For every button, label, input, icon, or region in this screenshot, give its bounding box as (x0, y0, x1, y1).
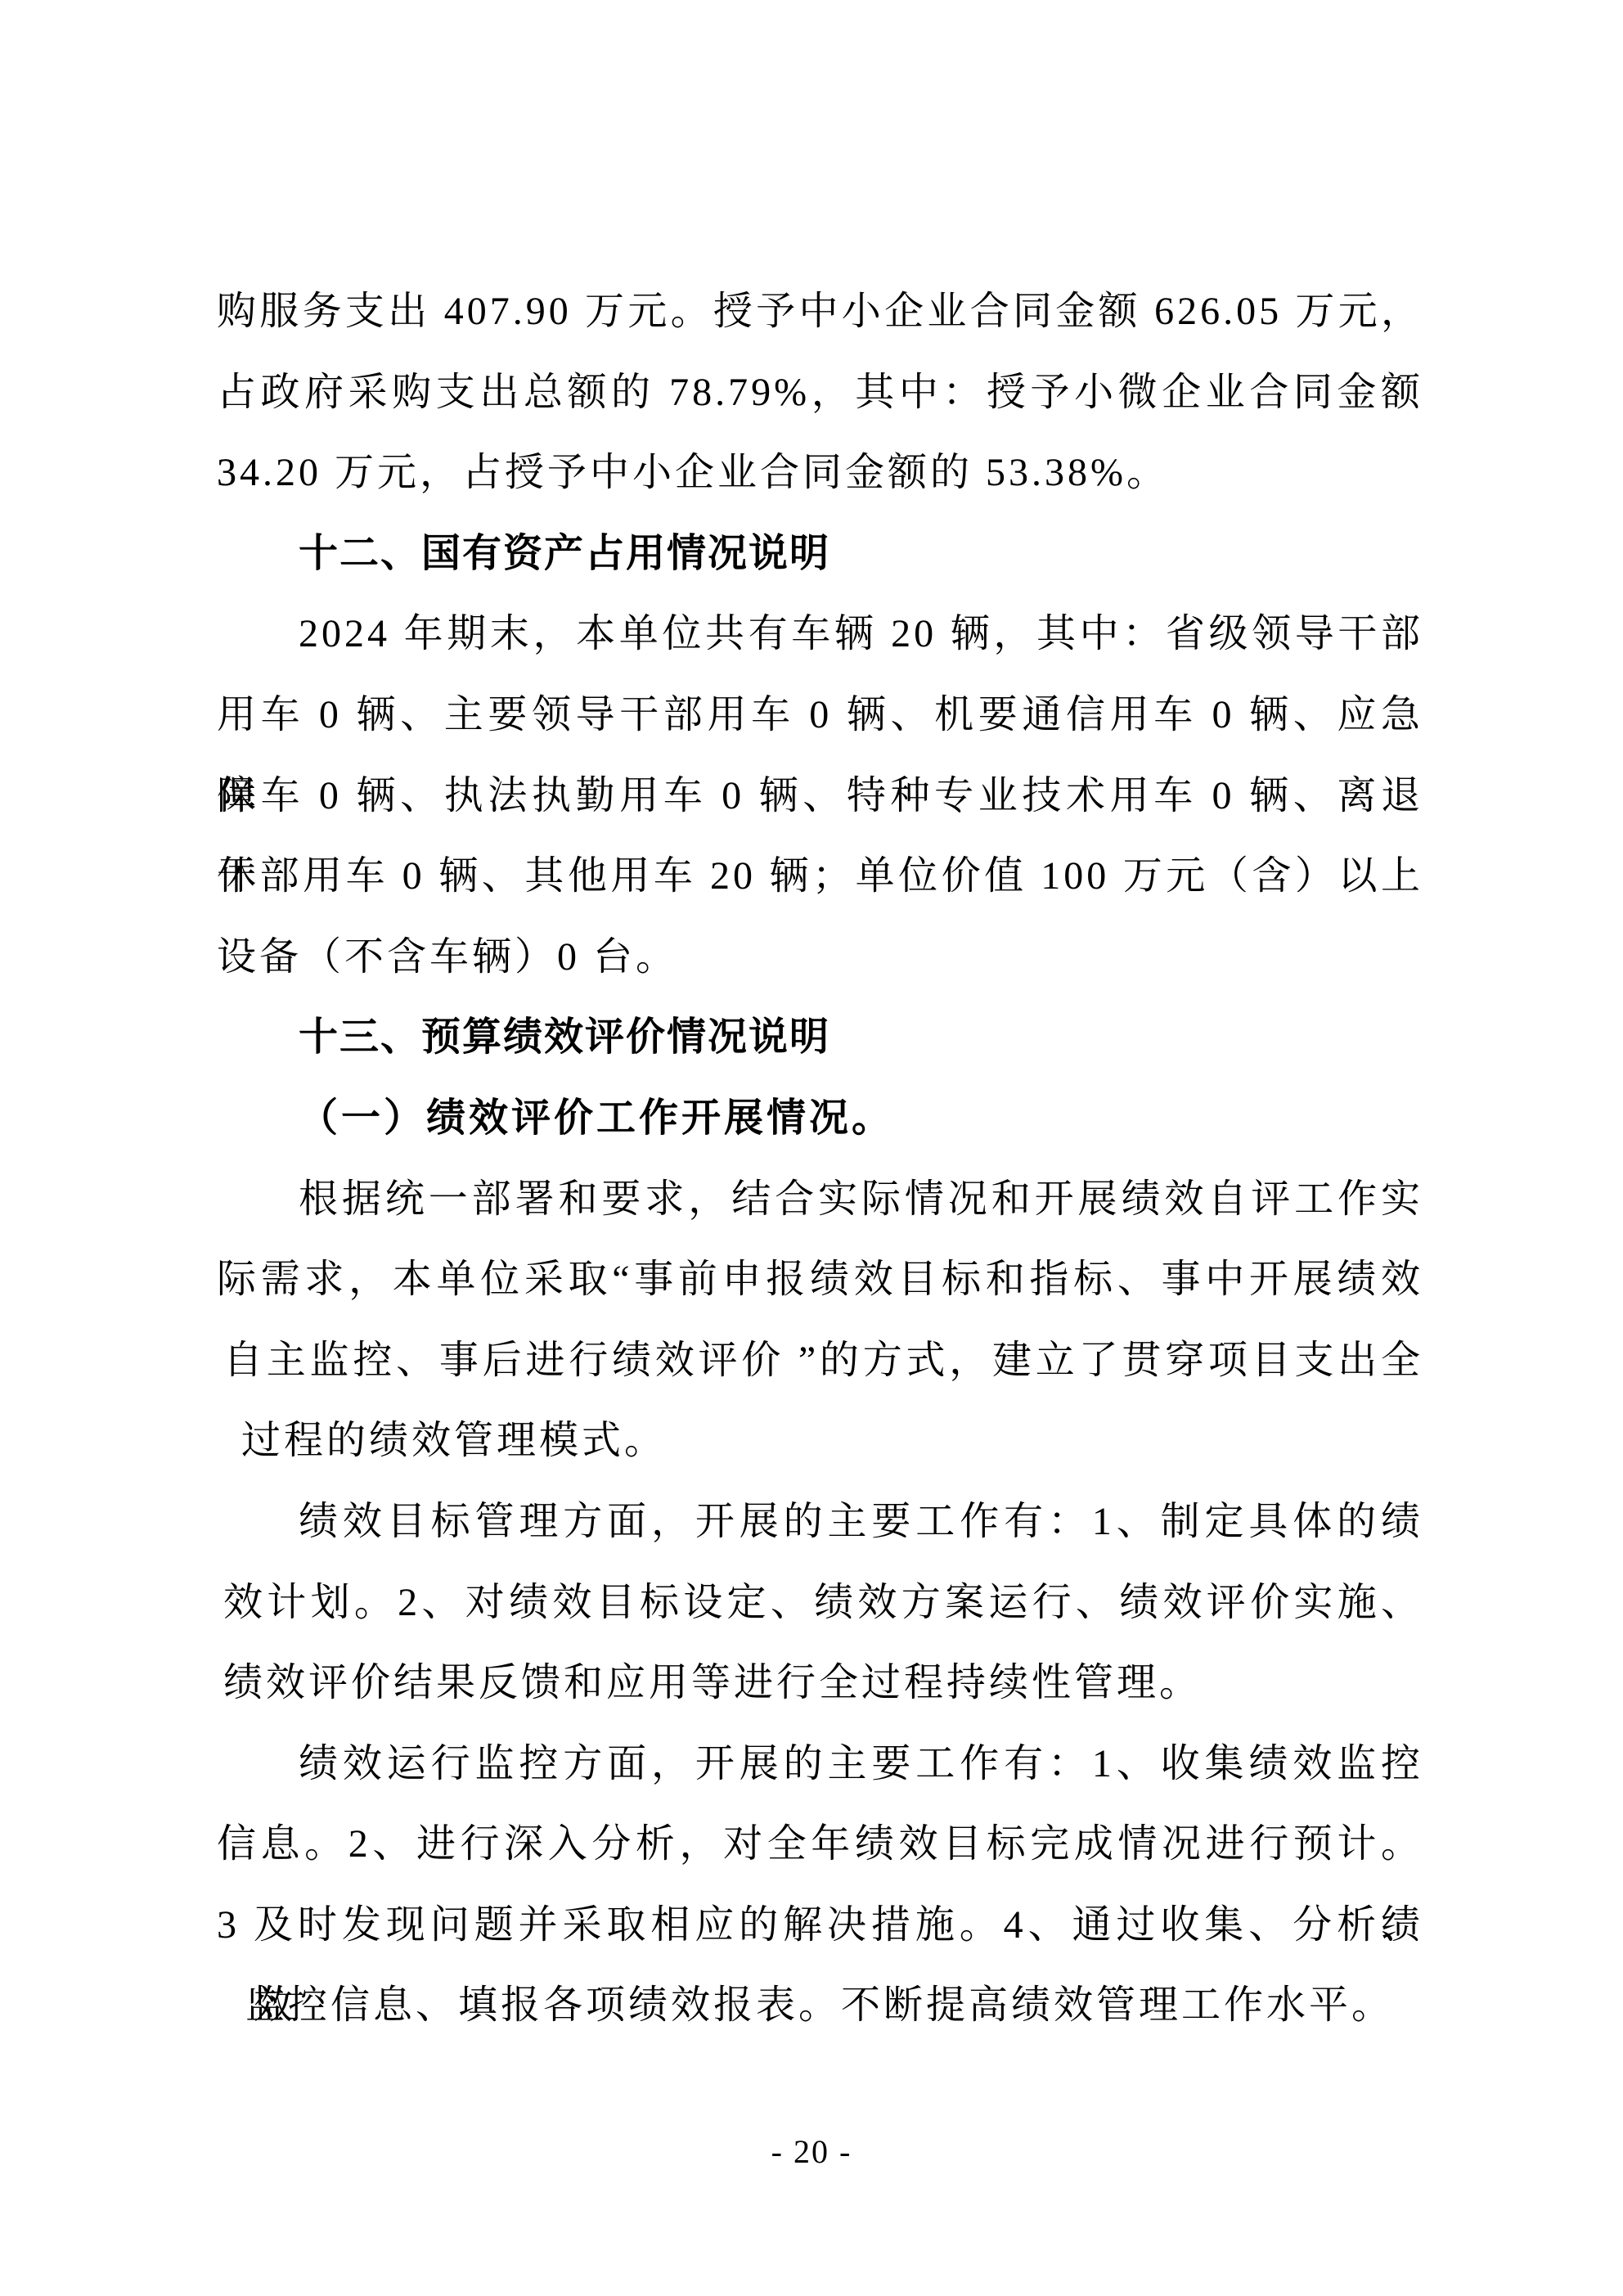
text-line: 干部用车 0 辆、其他用车 20 辆；单位价值 100 万元（含）以上 (217, 836, 1423, 917)
subsection-heading-1: （一）绩效评价工作开展情况。 (217, 1078, 1423, 1159)
text-line: 设备（不含车辆）0 台。 (217, 917, 1423, 998)
document-text-block: 购服务支出 407.90 万元。授予中小企业合同金额 626.05 万元， 占政… (217, 272, 1423, 2046)
text-line: 根据统一部署和要求，结合实际情况和开展绩效自评工作实 (217, 1159, 1423, 1240)
text-line: 2024 年期末，本单位共有车辆 20 辆，其中：省级领导干部 (217, 594, 1423, 675)
text-line: 绩效评价结果反馈和应用等进行全过程持续性管理。 (217, 1643, 1423, 1724)
text-line: 购服务支出 407.90 万元。授予中小企业合同金额 626.05 万元， (217, 272, 1423, 353)
text-line: 际需求，本单位采取“事前申报绩效目标和指标、事中开展绩效 (217, 1240, 1423, 1321)
text-line: 绩效运行监控方面，开展的主要工作有：1、收集绩效监控 (217, 1724, 1423, 1805)
text-line: 用车 0 辆、主要领导干部用车 0 辆、机要通信用车 0 辆、应急保 (217, 675, 1423, 756)
text-line: 监控信息、填报各项绩效报表。不断提高绩效管理工作水平。 (217, 1965, 1423, 2046)
text-line: 绩效目标管理方面，开展的主要工作有：1、制定具体的绩 (217, 1482, 1423, 1563)
document-page: 购服务支出 407.90 万元。授予中小企业合同金额 626.05 万元， 占政… (0, 0, 1623, 2296)
text-line: 效计划。2、对绩效目标设定、绩效方案运行、绩效评价实施、 (217, 1563, 1423, 1644)
page-number: - 20 - (0, 2126, 1623, 2178)
text-line: 自主监控、事后进行绩效评价 ”的方式，建立了贯穿项目支出全 (217, 1321, 1423, 1402)
text-line: 信息。2、进行深入分析，对全年绩效目标完成情况进行预计。3、 (217, 1804, 1423, 1885)
text-line: 障车 0 辆、执法执勤用车 0 辆、特种专业技术用车 0 辆、离退休 (217, 756, 1423, 837)
section-heading-12: 十二、国有资产占用情况说明 (217, 514, 1423, 595)
text-line: 过程的绩效管理模式。 (217, 1401, 1423, 1482)
section-heading-13: 十三、预算绩效评价情况说明 (217, 997, 1423, 1078)
text-line: 34.20 万元，占授予中小企业合同金额的 53.38%。 (217, 433, 1423, 514)
text-line: 占政府采购支出总额的 78.79%，其中：授予小微企业合同金额 3 (217, 353, 1423, 434)
text-line: 及时发现问题并采取相应的解决措施。4、通过收集、分析绩效 (217, 1885, 1423, 1966)
